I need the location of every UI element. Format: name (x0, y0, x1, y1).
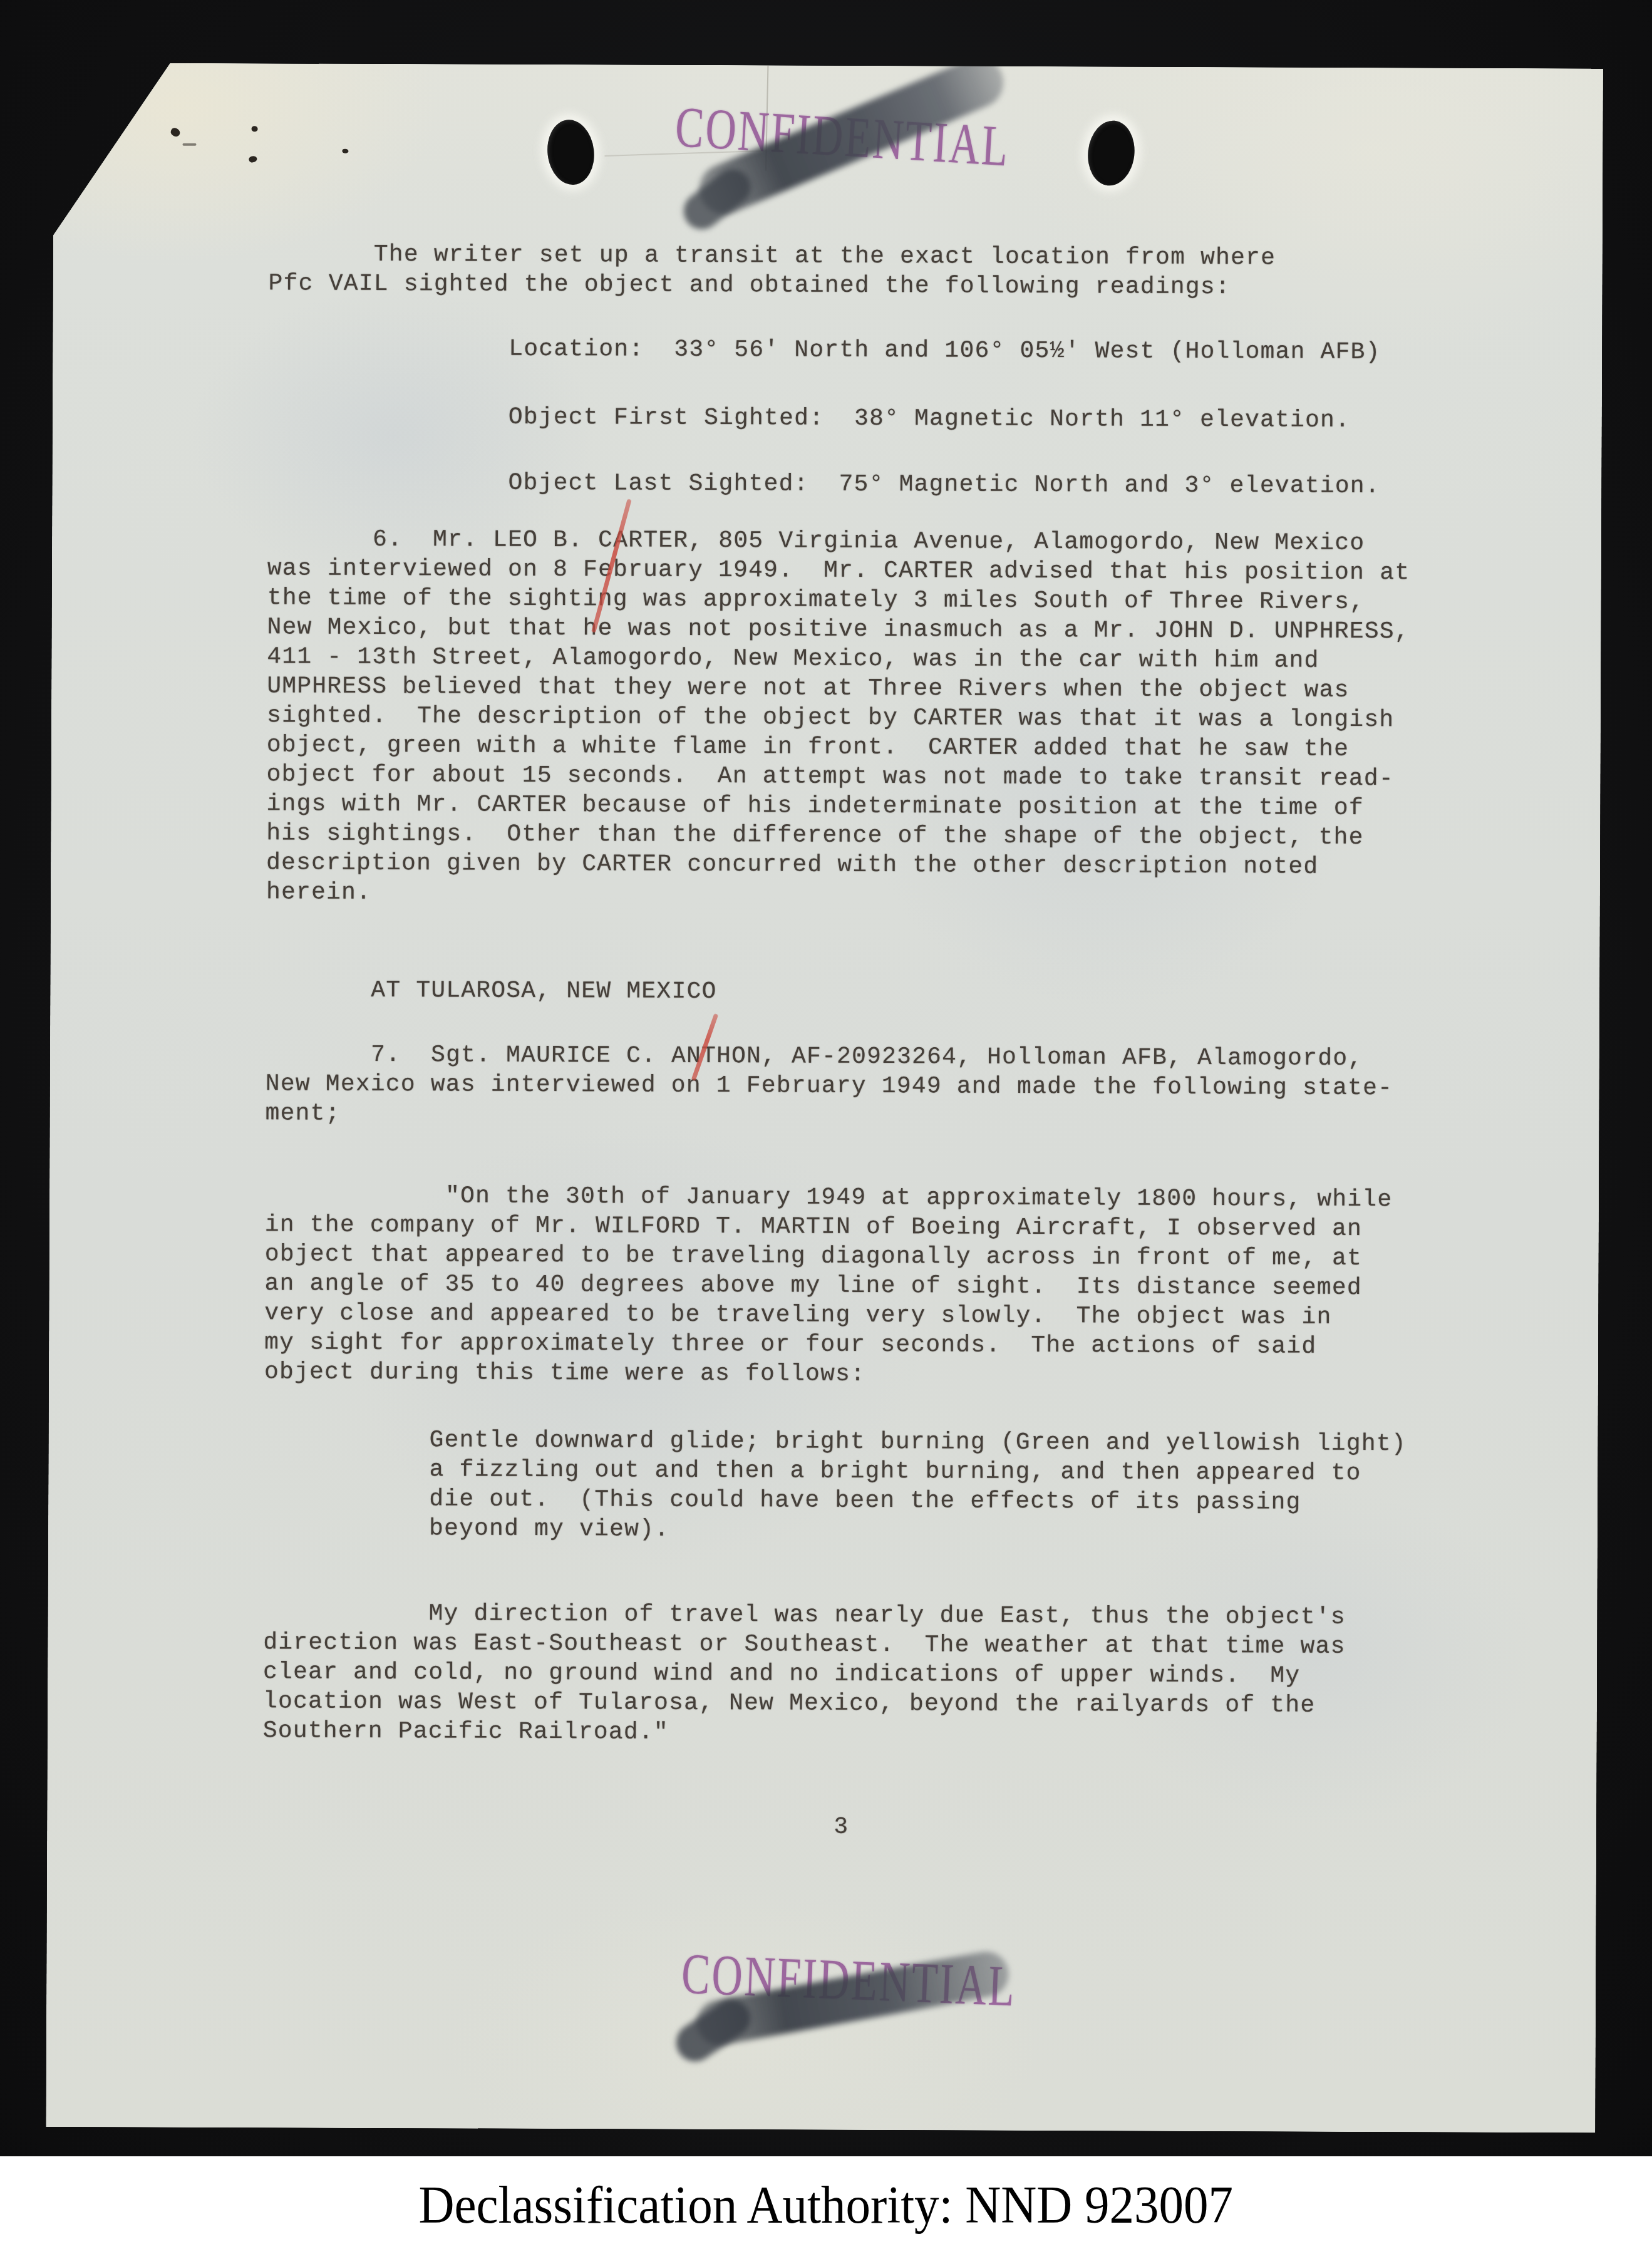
paper-speck (182, 143, 196, 146)
paragraph-6-carter: 6. Mr. LEO B. CARTER, 805 Virginia Avenu… (266, 524, 1410, 911)
reading-location: Location: 33° 56' North and 106° 05½' We… (268, 333, 1380, 367)
reading-last-sighted: Object Last Sighted: 75° Magnetic North … (267, 467, 1380, 501)
document-page: CONFIDENTIAL The writer set up a transit… (46, 63, 1603, 2132)
paragraph-intro: The writer set up a transit at the exact… (269, 239, 1276, 302)
declassification-text: Declassification Authority: NND 923007 (419, 2175, 1233, 2236)
paper-speck (170, 127, 182, 138)
declassification-strip: Declassification Authority: NND 923007 (0, 2156, 1652, 2259)
witness-statement: "On the 30th of January 1949 at approxim… (264, 1181, 1393, 1391)
paper-speck (342, 149, 348, 153)
punch-hole-left (544, 117, 598, 187)
page-number: 3 (822, 1812, 860, 1842)
glide-description-block: Gentle downward glide; bright burning (G… (264, 1425, 1407, 1547)
paper-speck (252, 126, 258, 132)
punch-hole-right (1085, 118, 1138, 188)
paper-speck (248, 155, 257, 163)
direction-paragraph: My direction of travel was nearly due Ea… (263, 1598, 1346, 1750)
scan-background: CONFIDENTIAL The writer set up a transit… (0, 0, 1652, 2259)
section-heading-tularosa: AT TULAROSA, NEW MEXICO (266, 975, 716, 1006)
reading-first-sighted: Object First Sighted: 38° Magnetic North… (268, 401, 1350, 435)
paragraph-7-anthon: 7. Sgt. MAURICE C. ANTHON, AF-20923264, … (265, 1040, 1393, 1132)
